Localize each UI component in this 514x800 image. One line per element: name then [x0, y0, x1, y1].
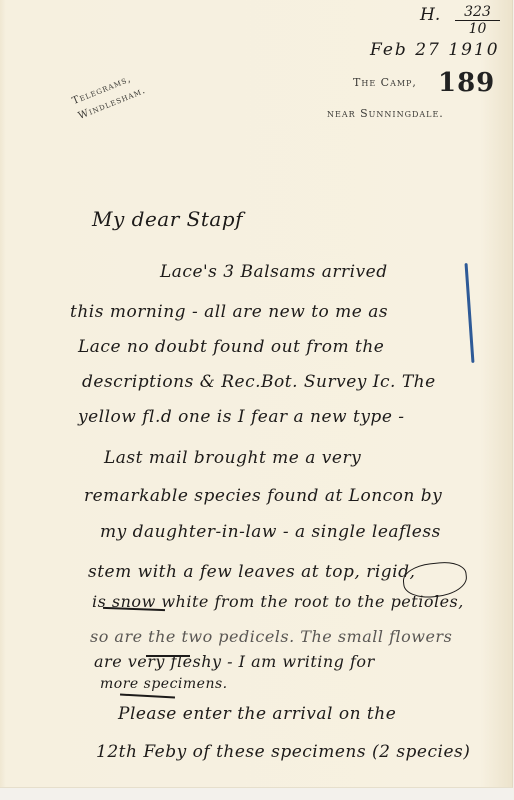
blue-pencil-margin-mark [465, 263, 475, 363]
address-line-2: near Sunningdale. [327, 107, 444, 120]
letter-line: 12th Feby of these specimens (2 species) [96, 742, 470, 762]
reference-prefix: H. [420, 5, 440, 25]
letter-line: yellow fl.d one is I fear a new type - [78, 407, 405, 427]
letter-line: Lace no doubt found out from the [78, 337, 384, 357]
reference-fraction: 323 10 [455, 4, 500, 37]
telegrams-letterhead: Telegrams, Windlesham. [70, 68, 149, 125]
letter-line: descriptions & Rec.Bot. Survey Ic. The [82, 372, 436, 392]
letter-line: my daughter-in-law - a single leafless [100, 522, 441, 542]
strikethrough-mark [146, 655, 190, 657]
salutation: My dear Stapf [92, 207, 243, 231]
underline-mark-specimens [120, 694, 175, 699]
letter-line: are very fleshy - I am writing for [94, 652, 375, 671]
letter-line: remarkable species found at Loncon by [84, 486, 442, 506]
reference-denominator: 10 [469, 21, 487, 37]
stamp-number: 189 [438, 68, 495, 98]
letter-line: more specimens. [100, 676, 228, 692]
letter-line: Please enter the arrival on the [118, 704, 396, 724]
reference-number: 323 [455, 4, 500, 21]
address-line-1: The Camp, [353, 76, 417, 89]
handwritten-date: Feb 27 1910 [370, 40, 500, 60]
letter-line: this morning - all are new to me as [70, 302, 388, 322]
letter-line: Last mail brought me a very [104, 448, 361, 468]
letter-line: Lace's 3 Balsams arrived [160, 262, 388, 282]
letter-page: Telegrams, Windlesham. H. 323 10 Feb 27 … [0, 0, 513, 788]
letter-line: so are the two pedicels. The small flowe… [90, 627, 452, 646]
letter-line: stem with a few leaves at top, rigid, [88, 562, 415, 582]
